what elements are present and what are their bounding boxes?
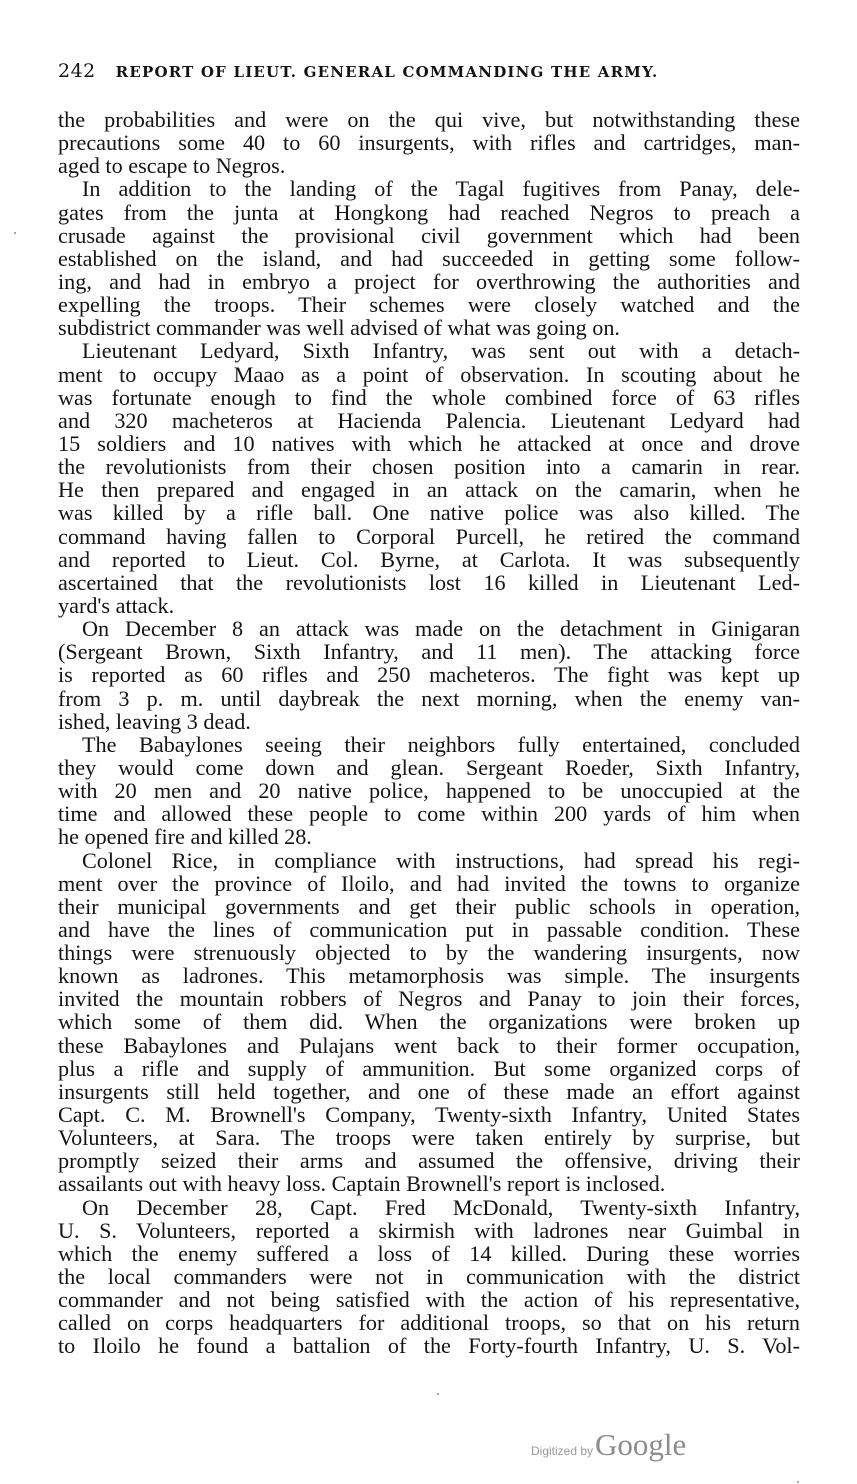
text-line: yard's attack.	[58, 594, 800, 617]
text-line: gates from the junta at Hongkong had rea…	[58, 201, 800, 224]
text-line: was fortunate enough to find the whole c…	[58, 386, 800, 409]
text-line: time and allowed these people to come wi…	[58, 802, 800, 825]
text-line: to Iloilo he found a battalion of the Fo…	[58, 1334, 800, 1357]
page-header: 242 REPORT OF LIEUT. GENERAL COMMANDING …	[58, 60, 798, 82]
text-line: ment to occupy Maao as a point of observ…	[58, 363, 800, 386]
text-line: crusade against the provisional civil go…	[58, 224, 800, 247]
text-line: Lieutenant Ledyard, Sixth Infantry, was …	[58, 339, 800, 362]
text-line: plus a rifle and supply of ammunition. B…	[58, 1057, 800, 1080]
text-line: they would come down and glean. Sergeant…	[58, 756, 800, 779]
text-line: U. S. Volunteers, reported a skirmish wi…	[58, 1219, 800, 1242]
text-line: promptly seized their arms and assumed t…	[58, 1149, 800, 1172]
text-line: assailants out with heavy loss. Captain …	[58, 1172, 800, 1195]
text-line: the revolutionists from their chosen pos…	[58, 455, 800, 478]
text-line: precautions some 40 to 60 insurgents, wi…	[58, 131, 800, 154]
text-line: their municipal governments and get thei…	[58, 895, 800, 918]
google-logo: Google	[595, 1427, 686, 1462]
running-title: REPORT OF LIEUT. GENERAL COMMANDING THE …	[116, 63, 659, 81]
text-line: and 320 macheteros at Hacienda Palencia.…	[58, 409, 800, 432]
text-line: On December 28, Capt. Fred McDonald, Twe…	[58, 1196, 800, 1219]
text-line: invited the mountain robbers of Negros a…	[58, 987, 800, 1010]
text-line: and reported to Lieut. Col. Byrne, at Ca…	[58, 548, 800, 571]
text-line: known as ladrones. This metamorphosis wa…	[58, 964, 800, 987]
digitized-label: Digitized by	[531, 1444, 593, 1458]
text-line: ment over the province of Iloilo, and ha…	[58, 872, 800, 895]
text-line: In addition to the landing of the Tagal …	[58, 177, 800, 200]
text-line: ascertained that the revolutionists lost…	[58, 571, 800, 594]
body-text: the probabilities and were on the qui vi…	[58, 108, 800, 1358]
page-number: 242	[58, 60, 96, 82]
text-line: established on the island, and had succe…	[58, 247, 800, 270]
text-line: subdistrict commander was well advised o…	[58, 316, 800, 339]
text-line: from 3 p. m. until daybreak the next mor…	[58, 687, 800, 710]
text-line: the local commanders were not in communi…	[58, 1265, 800, 1288]
text-line: is reported as 60 rifles and 250 machete…	[58, 663, 800, 686]
text-line: with 20 men and 20 native police, happen…	[58, 779, 800, 802]
text-line: He then prepared and engaged in an attac…	[58, 478, 800, 501]
text-line: things were strenuously objected to by t…	[58, 941, 800, 964]
text-line: ing, and had in embryo a project for ove…	[58, 270, 800, 293]
text-line: called on corps headquarters for additio…	[58, 1311, 800, 1334]
text-line: ished, leaving 3 dead.	[58, 710, 800, 733]
text-line: and have the lines of communication put …	[58, 918, 800, 941]
text-line: the probabilities and were on the qui vi…	[58, 108, 800, 131]
text-line: he opened fire and killed 28.	[58, 825, 800, 848]
text-line: The Babaylones seeing their neighbors fu…	[58, 733, 800, 756]
text-line: which some of them did. When the organiz…	[58, 1010, 800, 1033]
text-line: aged to escape to Negros.	[58, 154, 800, 177]
text-line: (Sergeant Brown, Sixth Infantry, and 11 …	[58, 640, 800, 663]
text-line: was killed by a rifle ball. One native p…	[58, 501, 800, 524]
text-line: 15 soldiers and 10 natives with which he…	[58, 432, 800, 455]
text-line: commander and not being satisfied with t…	[58, 1288, 800, 1311]
scan-speck	[437, 1393, 439, 1395]
text-line: expelling the troops. Their schemes were…	[58, 293, 800, 316]
text-line: insurgents still held together, and one …	[58, 1080, 800, 1103]
text-line: Capt. C. M. Brownell's Company, Twenty-s…	[58, 1103, 800, 1126]
text-line: Volunteers, at Sara. The troops were tak…	[58, 1126, 800, 1149]
scan-speck	[797, 1481, 799, 1483]
text-line: On December 8 an attack was made on the …	[58, 617, 800, 640]
text-line: which the enemy suffered a loss of 14 ki…	[58, 1242, 800, 1265]
digitized-by-watermark: Digitized byGoogle	[531, 1427, 686, 1463]
text-line: command having fallen to Corporal Purcel…	[58, 525, 800, 548]
scan-speck	[14, 232, 16, 234]
text-line: these Babaylones and Pulajans went back …	[58, 1034, 800, 1057]
text-line: Colonel Rice, in compliance with instruc…	[58, 849, 800, 872]
